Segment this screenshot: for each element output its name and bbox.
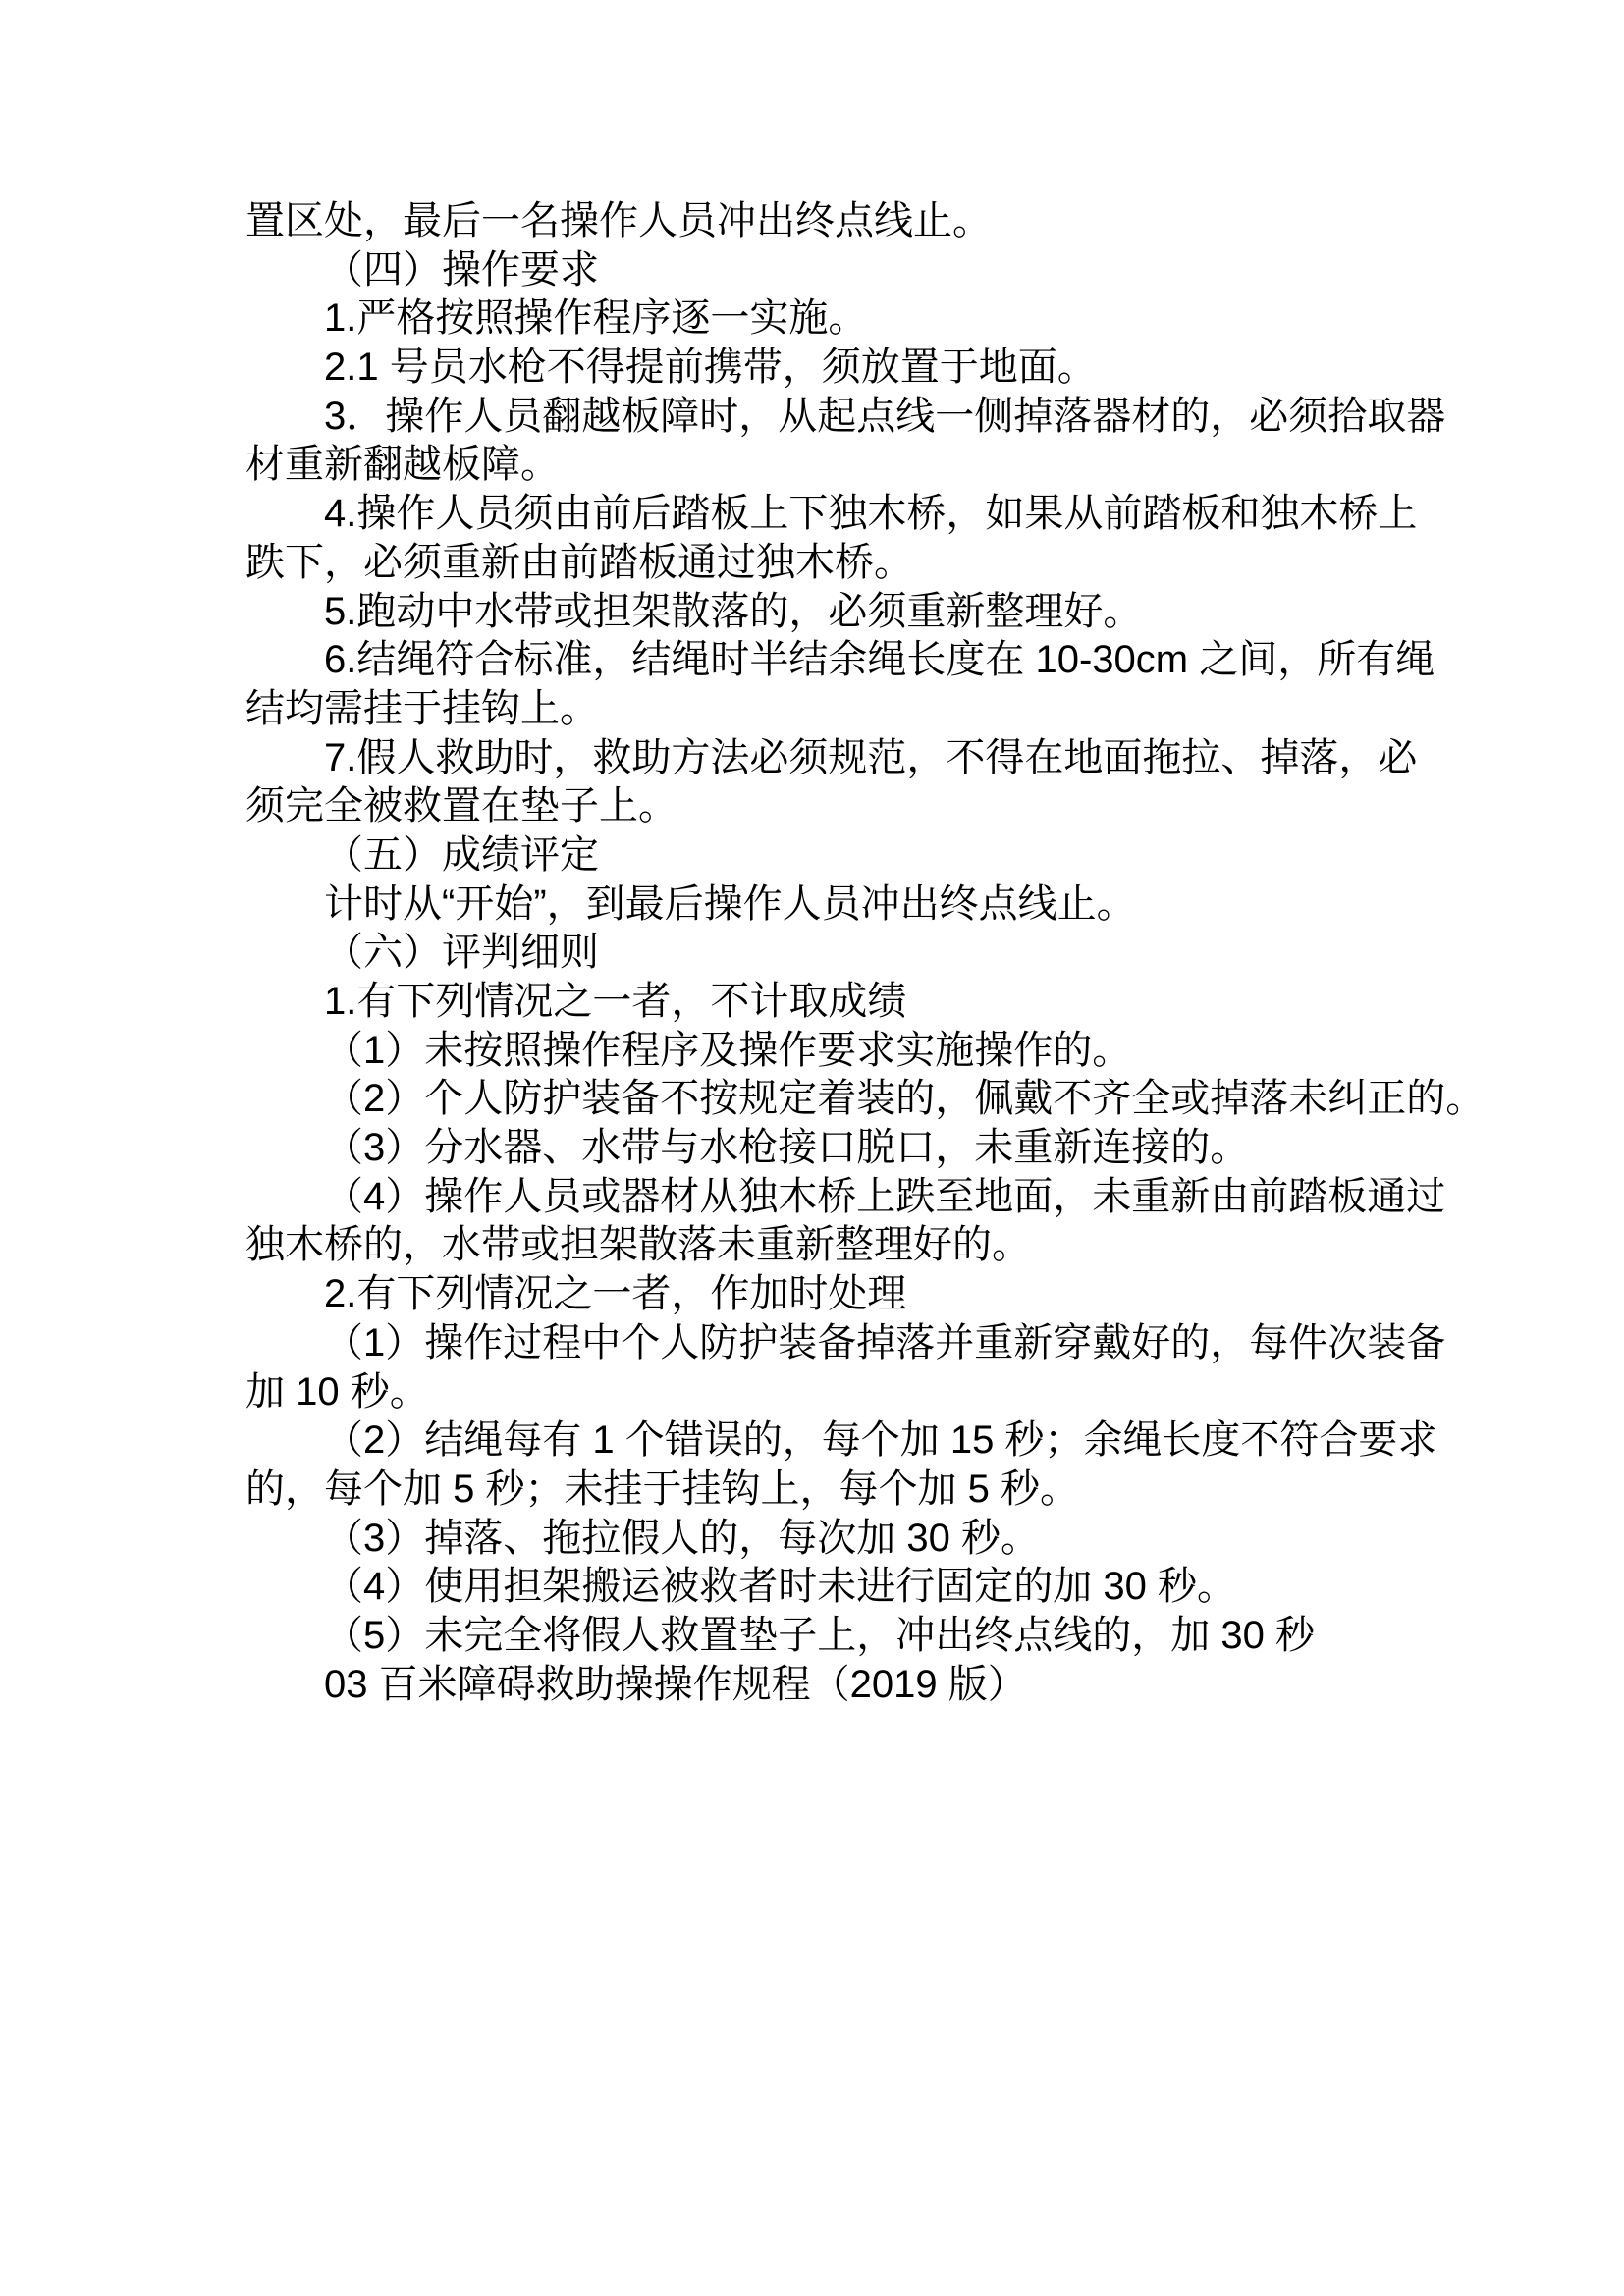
text-line: （4）操作人员或器材从独木桥上跌至地面，未重新由前踏板通过: [245, 1173, 1384, 1222]
text-line: 置区处，最后一名操作人员冲出终点线止。: [245, 197, 1384, 246]
text-line: （3）分水器、水带与水枪接口脱口，未重新连接的。: [245, 1124, 1384, 1173]
text-line: （六）评判细则: [245, 929, 1384, 978]
text-line: 7.假人救助时，救助方法必须规范，不得在地面拖拉、掉落，必: [245, 734, 1384, 783]
text-line: 跌下，必须重新由前踏板通过独木桥。: [245, 539, 1384, 588]
text-line: 的，每个加 5 秒；未挂于挂钩上，每个加 5 秒。: [245, 1466, 1384, 1515]
text-line: （四）操作要求: [245, 246, 1384, 295]
text-line: （2）结绳每有 1 个错误的，每个加 15 秒；余绳长度不符合要求: [245, 1416, 1384, 1466]
text-line: 1.严格按照操作程序逐一实施。: [245, 294, 1384, 344]
text-line: 2.1 号员水枪不得提前携带，须放置于地面。: [245, 344, 1384, 393]
text-line: （5）未完全将假人救置垫子上，冲出终点线的，加 30 秒: [245, 1612, 1384, 1661]
text-line: 03 百米障碍救助操操作规程（2019 版）: [245, 1661, 1384, 1710]
text-line: 3．操作人员翻越板障时，从起点线一侧掉落器材的，必须拾取器: [245, 393, 1384, 442]
text-line: 独木桥的，水带或担架散落未重新整理好的。: [245, 1221, 1384, 1270]
text-line: （五）成绩评定: [245, 831, 1384, 881]
document-text-block: 置区处，最后一名操作人员冲出终点线止。（四）操作要求1.严格按照操作程序逐一实施…: [245, 197, 1384, 1709]
text-line: 材重新翻越板障。: [245, 441, 1384, 490]
text-line: 计时从“开始”，到最后操作人员冲出终点线止。: [245, 881, 1384, 930]
text-line: 结均需挂于挂钩上。: [245, 685, 1384, 734]
text-line: 6.结绳符合标准，结绳时半结余绳长度在 10-30cm 之间，所有绳: [245, 636, 1384, 685]
text-line: 加 10 秒。: [245, 1368, 1384, 1417]
text-line: 4.操作人员须由前后踏板上下独木桥，如果从前踏板和独木桥上: [245, 490, 1384, 539]
text-line: 须完全被救置在垫子上。: [245, 782, 1384, 831]
text-line: （4）使用担架搬运被救者时未进行固定的加 30 秒。: [245, 1563, 1384, 1612]
text-line: （3）掉落、拖拉假人的，每次加 30 秒。: [245, 1515, 1384, 1564]
text-line: 2.有下列情况之一者，作加时处理: [245, 1270, 1384, 1319]
text-line: （2）个人防护装备不按规定着装的，佩戴不齐全或掉落未纠正的。: [245, 1075, 1384, 1124]
document-page: 置区处，最后一名操作人员冲出终点线止。（四）操作要求1.严格按照操作程序逐一实施…: [0, 0, 1624, 2296]
text-line: 1.有下列情况之一者，不计取成绩: [245, 978, 1384, 1027]
text-line: 5.跑动中水带或担架散落的，必须重新整理好。: [245, 588, 1384, 637]
text-line: （1）未按照操作程序及操作要求实施操作的。: [245, 1027, 1384, 1076]
text-line: （1）操作过程中个人防护装备掉落并重新穿戴好的，每件次装备: [245, 1319, 1384, 1368]
